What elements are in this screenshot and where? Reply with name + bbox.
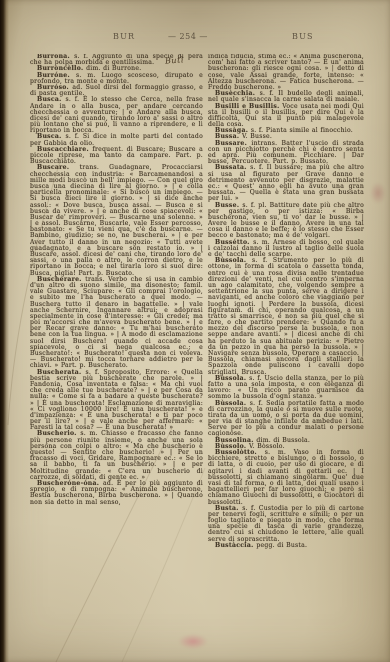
scanned-dictionary-page: BUR — 254 — BUS Burròna. s. f. Aggiunto … [0, 0, 390, 662]
dictionary-entry: Busta. s. f. Custodia per lo più di cart… [208, 506, 364, 543]
entry-headword: Burróne. [37, 72, 76, 79]
text-column-left: Burròna. s. f. Aggiunto di una specie di… [30, 54, 203, 580]
dictionary-entry: Bussata. s. f. Il bussare; ma più che al… [208, 165, 364, 202]
edge-stain [370, 182, 386, 204]
dictionary-entry: Busse. s. f. pl. Battiture date più che … [208, 203, 364, 240]
dictionary-entry: Buscacchiare. frequent. di Buscare; Busc… [30, 147, 203, 166]
header-right-catchword: BUS [292, 32, 314, 41]
entry-headword: Busta. [215, 505, 242, 512]
dictionary-entry: Bùssola. s. f. Uscio della stanza, per l… [208, 376, 364, 401]
dictionary-entry: indica fiducia, stima ec.: « Anima busch… [208, 54, 364, 91]
entry-headword: Buscherare. [37, 276, 85, 283]
entry-headword: Bussata. [215, 164, 250, 171]
dictionary-entry: Bùssola. s. f. Sedia portatile fatta a m… [208, 401, 364, 438]
entry-headword: Burróso. [37, 84, 72, 91]
entry-headword: Busilli e Busillis. [215, 103, 282, 110]
handwritten-annotation: Butì [165, 55, 184, 65]
binding-shadow [0, 0, 9, 662]
entry-headword: Bussolòtto. [215, 449, 265, 456]
entry-headword: Bùssola. [215, 400, 250, 407]
entry-headword: Buscare. [37, 164, 80, 171]
dictionary-entry: Buscare. trans. Guadagnare, Procacciarsi… [30, 165, 203, 276]
entry-headword: Bustàccia. [215, 542, 256, 549]
header-left-catchword: BUR [113, 32, 135, 41]
ink-smudge [178, 634, 208, 649]
dictionary-entry: Bùssola. s. f. Strumento per lo più di o… [208, 258, 364, 376]
entry-headword: Bussare. [215, 140, 251, 147]
page-header: BUR — 254 — BUS [0, 32, 390, 44]
dictionary-entry: Bustàccia. pegg. di Busta. [208, 543, 364, 549]
page-number: — 254 — [168, 32, 208, 41]
dictionary-entry: Busilli e Busillis. Voce usata nei modi … [208, 104, 364, 129]
dictionary-entry: Buscherata. s. f. Sproposito, Errore: « … [30, 370, 203, 432]
entry-headword: Busca. [37, 96, 66, 103]
entry-headword: Buscheróne-óna. [37, 480, 103, 487]
dictionary-entry: Bussare. intrans. Batter l'uscio di stra… [208, 141, 364, 166]
entry-headword: Bussétto. [215, 239, 253, 246]
dictionary-entry: Busca. s. f. È lo stesso che Cerca, nell… [30, 97, 203, 134]
entry-headword: Busca. [37, 133, 65, 140]
entry-headword: Busse. [215, 202, 242, 209]
entry-headword: Buscherata. [37, 369, 86, 376]
dictionary-entry: Buscherare. trans. Verbo che si usa in c… [30, 277, 203, 370]
dictionary-entry: Bussétto. s. m. Arnese di bosso, col qua… [208, 240, 364, 259]
entry-headword: Bùssola. [215, 375, 249, 382]
dictionary-entry: Bussolòtto. s. m. Vaso in forma di bicch… [208, 450, 364, 506]
text-column-right: indica fiducia, stima ec.: « Anima busch… [208, 54, 364, 580]
entry-headword: Buscherio. [37, 430, 80, 437]
entry-headword: Burròna. [37, 54, 74, 60]
dictionary-entry: Buscheróne-óna. ad. È per lo più aggiunt… [30, 481, 203, 506]
entry-headword: Busècchia. [215, 90, 260, 97]
dictionary-entry: Buscherio. s. m. Chiasso e fracasso che … [30, 431, 203, 481]
entry-headword: Buscacchiare. [37, 146, 93, 153]
entry-headword: Bùssola. [215, 257, 252, 264]
